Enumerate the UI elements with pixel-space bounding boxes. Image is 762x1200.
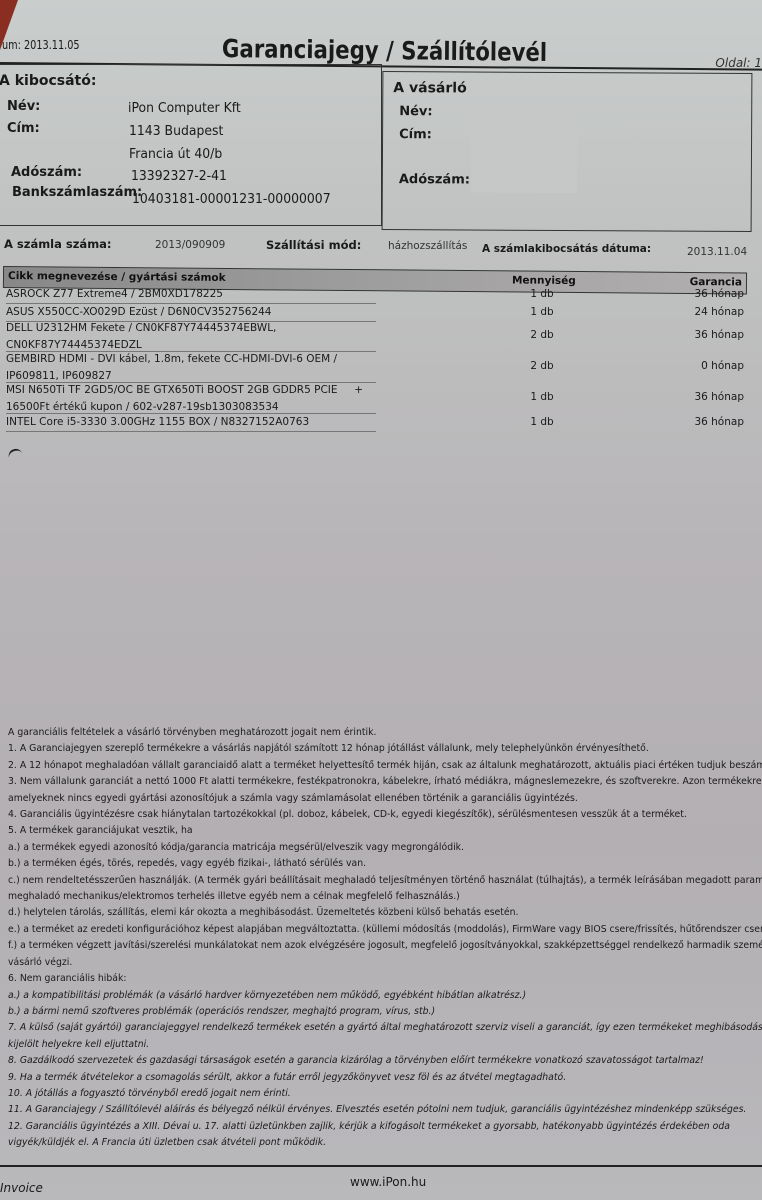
item-line: MSI N650Ti TF 2GD5/OC BE GTX650Ti BOOST … [6, 382, 406, 399]
terms-line: 6. Nem garanciális hibák: [8, 971, 715, 987]
buyer-title: A vásárló [393, 80, 466, 96]
seller-tax-number: 13392327-2-41 [131, 168, 227, 184]
buyer-section: A vásárló Név: Cím: Adószám: [382, 71, 753, 232]
item-line: ASUS X550CC-XO029D Ezüst / D6N0CV3527562… [6, 304, 406, 321]
item-warranty: 36 hónap [694, 416, 744, 428]
footer-divider [0, 1165, 762, 1167]
seller-title: A kibocsátó: [0, 73, 96, 89]
item-warranty: 24 hónap [694, 306, 744, 318]
item-warranty: 36 hónap [694, 288, 744, 300]
buyer-tax-label: Adószám: [399, 172, 470, 187]
item-line: ASROCK Z77 Extreme4 / 2BM0XD178225 [6, 286, 406, 303]
terms-line: 7. A külső (saját gyártói) garanciajeggy… [8, 1020, 715, 1036]
terms-line: 2. A 12 hónapot meghaladóan vállalt gara… [8, 758, 715, 774]
terms-line: vásárló végzi. [8, 955, 715, 971]
invoice-number: 2013/090909 [155, 239, 225, 251]
item-quantity: 1 db [522, 306, 562, 318]
redacted-buyer-info [471, 102, 577, 193]
terms-line: 5. A termékek garanciájukat vesztik, ha [8, 823, 715, 839]
item-description: INTEL Core i5-3330 3.00GHz 1155 BOX / N8… [6, 414, 406, 431]
pen-mark [7, 447, 24, 461]
item-description: MSI N650Ti TF 2GD5/OC BE GTX650Ti BOOST … [6, 382, 406, 416]
terms-line: a.) a kompatibilitási problémák (a vásár… [8, 988, 715, 1004]
terms-line: 8. Gazdálkodó szervezetek és gazdasági t… [8, 1053, 715, 1069]
table-row: GEMBIRD HDMI - DVI kábel, 1.8m, fekete C… [6, 351, 746, 382]
item-line: DELL U2312HM Fekete / CN0KF87Y74445374EB… [6, 320, 406, 337]
terms-line: meghaladó mechanikus/elektromos terhelés… [8, 889, 715, 905]
item-quantity: 2 db [522, 360, 562, 372]
terms-line: A garanciális feltételek a vásárló törvé… [8, 725, 715, 741]
footer-doc-type: Invoice [0, 1181, 43, 1195]
terms-line: a.) a termékek egyedi azonosító kódja/ga… [8, 840, 715, 856]
terms-line: e.) a terméket az eredeti konfigurációho… [8, 922, 715, 938]
item-line: GEMBIRD HDMI - DVI kábel, 1.8m, fekete C… [6, 351, 406, 368]
terms-line: 9. Ha a termék átvételekor a csomagolás … [8, 1070, 715, 1086]
shipping-label: Szállítási mód: [266, 238, 361, 252]
seller-address-line1: 1143 Budapest [129, 123, 223, 139]
invoice-number-label: A számla száma: [4, 237, 112, 251]
terms-line: kijelölt helyekre kell eljuttatni. [8, 1037, 715, 1053]
issue-date: 2013.11.04 [687, 246, 747, 258]
issue-date-label: A számlakibocsátás dátuma: [482, 243, 651, 255]
item-warranty: 36 hónap [694, 391, 744, 403]
table-row: DELL U2312HM Fekete / CN0KF87Y74445374EB… [6, 320, 746, 351]
item-description: DELL U2312HM Fekete / CN0KF87Y74445374EB… [6, 320, 406, 354]
row-divider [6, 431, 376, 432]
item-warranty: 36 hónap [694, 329, 744, 341]
terms-line: 4. Garanciális ügyintézésre csak hiányta… [8, 807, 715, 823]
seller-name: iPon Computer Kft [128, 100, 241, 116]
seller-bank-account: 10403181-00001231-00000007 [132, 191, 331, 207]
seller-section: A kibocsátó: Név: iPon Computer Kft Cím:… [0, 64, 382, 226]
seller-tax-label: Adószám: [11, 165, 82, 180]
table-row: MSI N650Ti TF 2GD5/OC BE GTX650Ti BOOST … [6, 382, 746, 413]
seller-address-line2: Francia út 40/b [129, 146, 222, 162]
seller-bank-label: Bankszámlaszám: [12, 185, 142, 200]
buyer-address-label: Cím: [399, 127, 432, 142]
table-row: INTEL Core i5-3330 3.00GHz 1155 BOX / N8… [6, 414, 746, 431]
footer-website: www.iPon.hu [350, 1175, 426, 1189]
terms-line: d.) helytelen tárolás, szállítás, elemi … [8, 905, 715, 921]
table-row: ASROCK Z77 Extreme4 / 2BM0XD1782251 db36… [6, 286, 746, 303]
terms-line: amelyeknek nincs egyedi gyártási azonosí… [8, 791, 715, 807]
terms-line: 12. Garanciális ügyintézés a XIII. Dévai… [8, 1119, 715, 1135]
col-item: Cikk megnevezése / gyártási számok [8, 270, 226, 284]
terms-line: 10. A jótállás a fogyasztó törvényből er… [8, 1086, 715, 1102]
terms-line: f.) a terméken végzett javítási/szerelés… [8, 938, 715, 954]
terms-line: b.) a bármi nemű szoftveres problémák (o… [8, 1004, 715, 1020]
item-line: INTEL Core i5-3330 3.00GHz 1155 BOX / N8… [6, 414, 406, 431]
terms-line: 3. Nem vállalunk garanciát a nettó 1000 … [8, 774, 715, 790]
item-description: ASROCK Z77 Extreme4 / 2BM0XD178225 [6, 286, 406, 303]
item-description: ASUS X550CC-XO029D Ezüst / D6N0CV3527562… [6, 304, 406, 321]
item-quantity: 2 db [522, 329, 562, 341]
table-row: ASUS X550CC-XO029D Ezüst / D6N0CV3527562… [6, 304, 746, 321]
item-warranty: 0 hónap [701, 360, 744, 372]
item-description: GEMBIRD HDMI - DVI kábel, 1.8m, fekete C… [6, 351, 406, 385]
shipping-method: házhozszállítás [388, 240, 467, 252]
terms-line: c.) nem rendeltetésszerűen használják. (… [8, 873, 715, 889]
seller-address-label: Cím: [7, 121, 40, 136]
page-title: Garanciajegy / Szállítólevél [222, 34, 547, 67]
seller-name-label: Név: [7, 99, 40, 114]
buyer-name-label: Név: [399, 104, 432, 119]
item-quantity: 1 db [522, 288, 562, 300]
document-date: um: 2013.11.05 [2, 38, 80, 52]
item-quantity: 1 db [522, 416, 562, 428]
terms-line: 1. A Garanciajegyen szereplő termékekre … [8, 741, 715, 757]
item-quantity: 1 db [522, 391, 562, 403]
terms-line: 11. A Garanciajegy / Szállítólevél aláír… [8, 1102, 715, 1118]
warranty-terms: A garanciális feltételek a vásárló törvé… [8, 725, 762, 1152]
terms-line: b.) a terméken égés, törés, repedés, vag… [8, 856, 715, 872]
terms-line: vigyék/küldjék el. A Francia úti üzletbe… [8, 1135, 715, 1151]
